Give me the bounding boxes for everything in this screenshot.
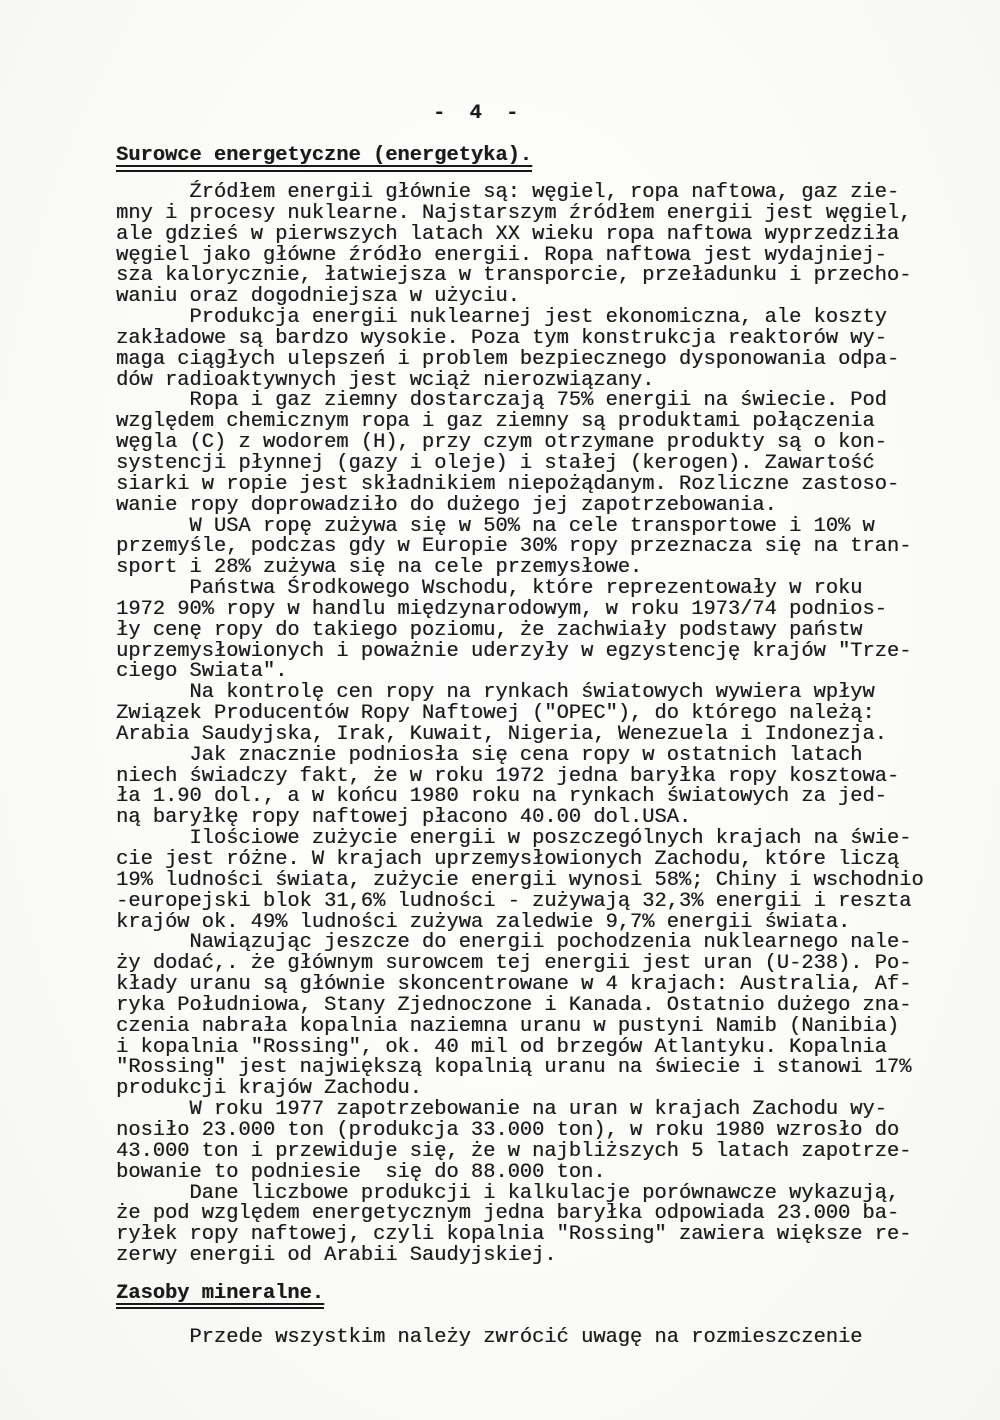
text-line: Dane liczbowe produkcji i kalkulacje por… bbox=[116, 1184, 976, 1205]
text-line: waniu oraz dogodniejsza w użyciu. bbox=[116, 287, 976, 308]
text-line: Jak znacznie podniosła się cena ropy w o… bbox=[116, 746, 976, 767]
page-number: - 4 - bbox=[433, 103, 518, 125]
text-line: niech świadczy fakt, że w roku 1972 jedn… bbox=[116, 767, 976, 788]
paragraph: Dane liczbowe produkcji i kalkulacje por… bbox=[116, 1184, 976, 1267]
text-line: przemyśle, podczas gdy w Europie 30% rop… bbox=[116, 537, 976, 558]
text-line: wanie ropy doprowadziło do dużego jej za… bbox=[116, 496, 976, 517]
text-line: dów radioaktywnych jest wciąż nierozwiąz… bbox=[116, 371, 976, 392]
paragraph: Ropa i gaz ziemny dostarczają 75% energi… bbox=[116, 391, 976, 516]
text-line: i kopalnia "Rossing", ok. 40 mil od brze… bbox=[116, 1038, 976, 1059]
text-line: ną baryłkę ropy naftowej płacono 40.00 d… bbox=[116, 808, 976, 829]
text-line: względem chemicznym ropa i gaz ziemny są… bbox=[116, 412, 976, 433]
text-line: cie jest różne. W krajach uprzemysłowion… bbox=[116, 850, 976, 871]
text-line: sport i 28% zużywa się na cele przemysło… bbox=[116, 558, 976, 579]
text-line: ryłek ropy naftowej, czyli kopalnia "Ros… bbox=[116, 1225, 976, 1246]
text-line: ły cenę ropy do takiego poziomu, że zach… bbox=[116, 621, 976, 642]
text-line: 19% ludności świata, zużycie energii wyn… bbox=[116, 871, 976, 892]
paragraph: Nawiązując jeszcze do energii pochodzeni… bbox=[116, 933, 976, 1100]
section-heading-energy: Surowce energetyczne (energetyka). bbox=[116, 144, 532, 172]
section-heading-minerals: Zasoby mineralne. bbox=[116, 1282, 324, 1309]
text-line: -europejski blok 31,6% ludności - zużywa… bbox=[116, 892, 976, 913]
text-line: Arabia Saudyjska, Irak, Kuwait, Nigeria,… bbox=[116, 725, 976, 746]
text-line: sza kalorycznie, łatwiejsza w transporci… bbox=[116, 266, 976, 287]
text-line: ciego Swiata". bbox=[116, 662, 976, 683]
text-line: Źródłem energii głównie są: węgiel, ropa… bbox=[116, 183, 976, 204]
text-line: mny i procesy nuklearne. Najstarszym źró… bbox=[116, 204, 976, 225]
paragraph: Jak znacznie podniosła się cena ropy w o… bbox=[116, 746, 976, 829]
text-line: nosiło 23.000 ton (produkcja 33.000 ton)… bbox=[116, 1121, 976, 1142]
text-line: węgla (C) z wodorem (H), przy czym otrzy… bbox=[116, 433, 976, 454]
paragraph: Źródłem energii głównie są: węgiel, ropa… bbox=[116, 183, 976, 308]
text-line: Produkcja energii nuklearnej jest ekonom… bbox=[116, 308, 976, 329]
text-line: ryka Południowa, Stany Zjednoczone i Kan… bbox=[116, 996, 976, 1017]
text-line: Ilościowe zużycie energii w poszczególny… bbox=[116, 829, 976, 850]
text-line: uprzemysłowionych i poważnie uderzyły w … bbox=[116, 642, 976, 663]
paragraph: Państwa Środkowego Wschodu, które reprez… bbox=[116, 579, 976, 683]
text-line: produkcji krajów Zachodu. bbox=[116, 1079, 976, 1100]
paragraph: W USA ropę zużywa się w 50% na cele tran… bbox=[116, 517, 976, 580]
paragraph: Produkcja energii nuklearnej jest ekonom… bbox=[116, 308, 976, 391]
text-line: Na kontrolę cen ropy na rynkach światowy… bbox=[116, 683, 976, 704]
text-line: ale gdzieś w pierwszych latach XX wieku … bbox=[116, 225, 976, 246]
scanned-page: - 4 - Surowce energetyczne (energetyka).… bbox=[0, 0, 1000, 1420]
text-line: Przede wszystkim należy zwrócić uwagę na… bbox=[116, 1328, 976, 1349]
text-line: Ropa i gaz ziemny dostarczają 75% energi… bbox=[116, 391, 976, 412]
text-line: kłady uranu są głównie skoncentrowane w … bbox=[116, 975, 976, 996]
text-line: że pod względem energetycznym jedna bary… bbox=[116, 1204, 976, 1225]
text-line: Związek Producentów Ropy Naftowej ("OPEC… bbox=[116, 704, 976, 725]
text-line: 43.000 ton i przewiduje się, że w najbli… bbox=[116, 1142, 976, 1163]
text-line: zerwy energii od Arabii Saudyjskiej. bbox=[116, 1246, 976, 1267]
text-line: węgiel jako główne źródło energii. Ropa … bbox=[116, 246, 976, 267]
text-line: Państwa Środkowego Wschodu, które reprez… bbox=[116, 579, 976, 600]
document-body: Źródłem energii głównie są: węgiel, ropa… bbox=[116, 183, 976, 1267]
text-line: zakładowe są bardzo wysokie. Poza tym ko… bbox=[116, 329, 976, 350]
text-line: siarki w ropie jest składnikiem niepożąd… bbox=[116, 475, 976, 496]
paragraph: W roku 1977 zapotrzebowanie na uran w kr… bbox=[116, 1100, 976, 1183]
text-line: krajów ok. 49% ludności zużywa zaledwie … bbox=[116, 913, 976, 934]
text-line: 1972 90% ropy w handlu międzynarodowym, … bbox=[116, 600, 976, 621]
text-line: maga ciągłych ulepszeń i problem bezpiec… bbox=[116, 350, 976, 371]
closing-paragraph: Przede wszystkim należy zwrócić uwagę na… bbox=[116, 1328, 976, 1349]
text-line: W USA ropę zużywa się w 50% na cele tran… bbox=[116, 517, 976, 538]
text-line: ży dodać,. że głównym surowcem tej energ… bbox=[116, 954, 976, 975]
text-line: Nawiązując jeszcze do energii pochodzeni… bbox=[116, 933, 976, 954]
paragraph: Ilościowe zużycie energii w poszczególny… bbox=[116, 829, 976, 933]
text-line: W roku 1977 zapotrzebowanie na uran w kr… bbox=[116, 1100, 976, 1121]
text-line: czenia nabrała kopalnia naziemna uranu w… bbox=[116, 1017, 976, 1038]
text-line: bowanie to podniesie się do 88.000 ton. bbox=[116, 1163, 976, 1184]
text-line: systencji płynnej (gazy i oleje) i stałe… bbox=[116, 454, 976, 475]
text-line: "Rossing" jest największą kopalnią uranu… bbox=[116, 1058, 976, 1079]
paragraph: Na kontrolę cen ropy na rynkach światowy… bbox=[116, 683, 976, 746]
text-line: ła 1.90 dol., a w końcu 1980 roku na ryn… bbox=[116, 787, 976, 808]
